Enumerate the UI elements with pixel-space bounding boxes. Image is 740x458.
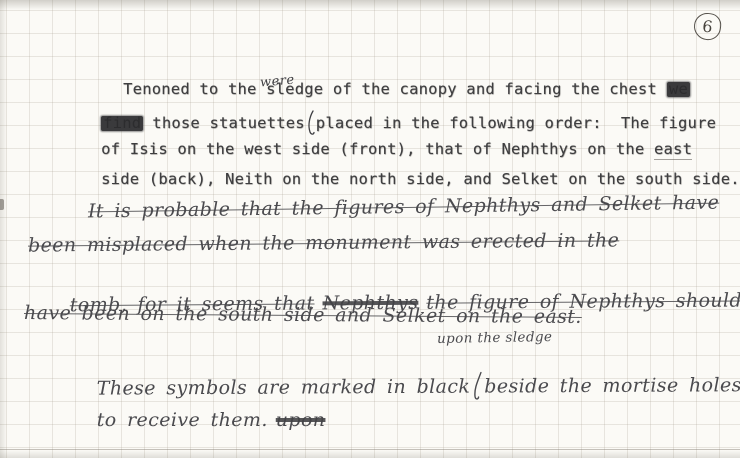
scanned-notebook-page: 6 Tenoned to the sledge of the canopy an… <box>0 0 740 458</box>
handwritten-insertion-upon-the-sledge: upon the sledge <box>437 329 553 347</box>
handwritten-line-2: been misplaced when the monument was ere… <box>28 228 619 257</box>
handwritten-struck-word-upon: upon <box>276 409 326 431</box>
scan-edge-mark <box>0 199 4 210</box>
typed-line-4-text: side (back), Neith on the north side, an… <box>101 170 740 188</box>
insertion-slash-icon <box>472 372 482 402</box>
insertion-word-were: were <box>259 73 295 91</box>
handwritten-line-4: have been on the south side and Selket o… <box>24 301 582 329</box>
handwritten-line-5-b: beside the mortise holes <box>484 374 740 397</box>
handwritten-line-6-text: to receive them. <box>97 409 268 431</box>
scan-shadow-top <box>0 0 740 10</box>
handwritten-line-6: to receive them.upon <box>55 384 333 456</box>
scan-shadow-left <box>0 0 7 458</box>
page-number: 6 <box>701 16 713 36</box>
page-number-circle: 6 <box>692 11 722 41</box>
